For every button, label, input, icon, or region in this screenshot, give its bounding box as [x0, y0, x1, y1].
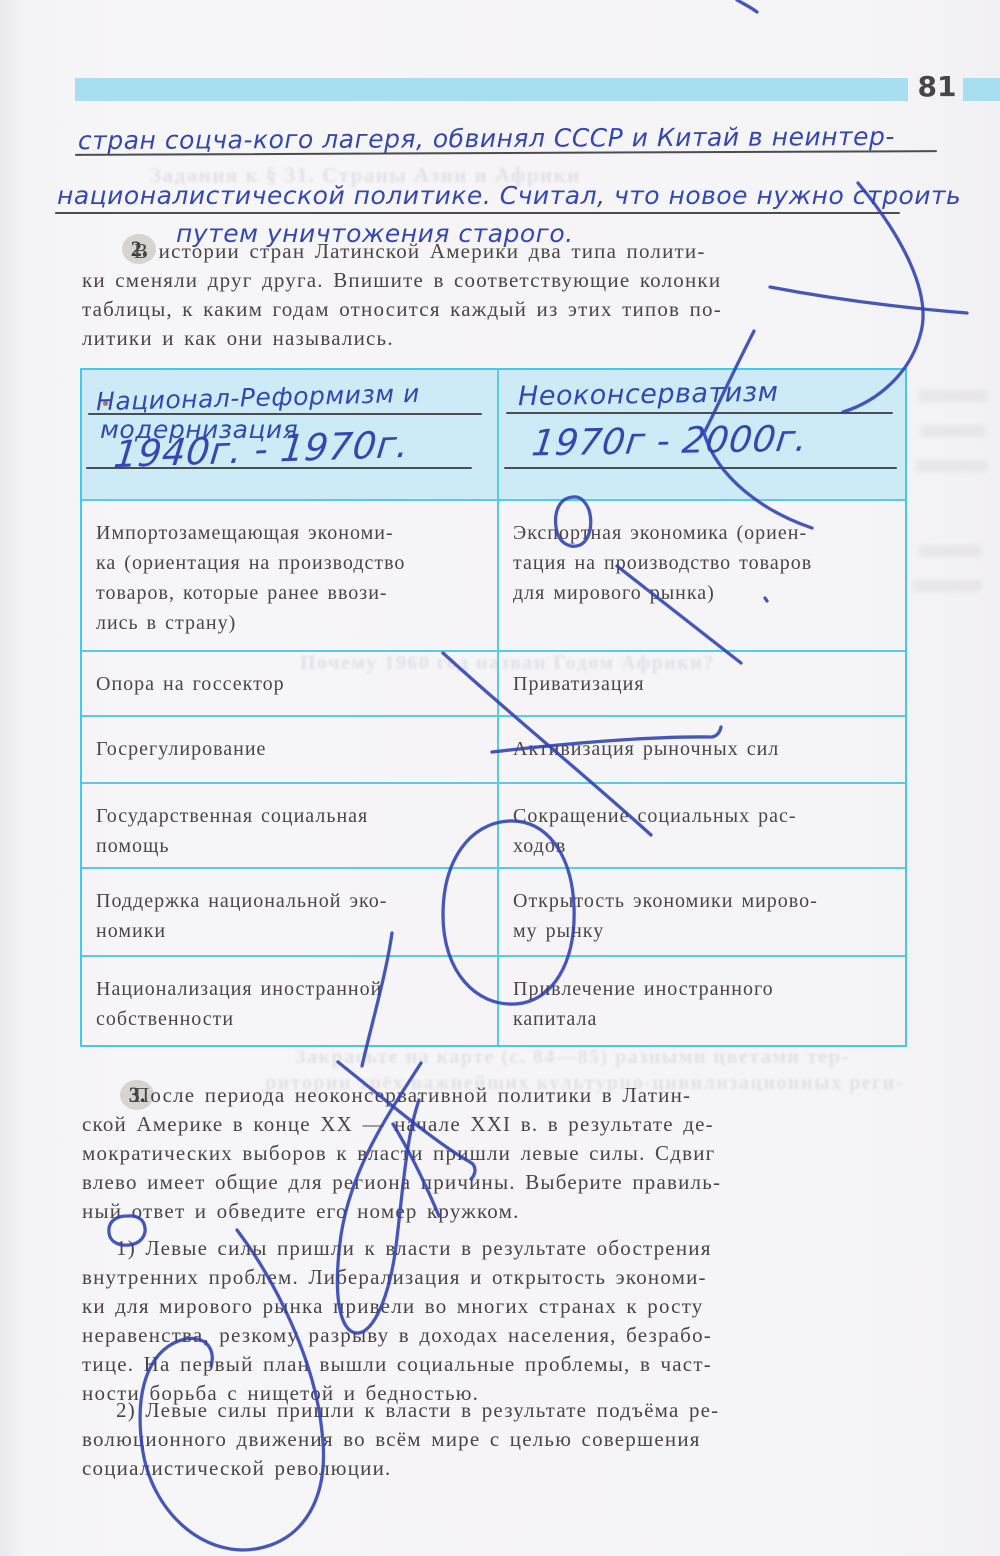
task3-option-2[interactable]: 2) Левые силы пришли к власти в результа… — [82, 1396, 908, 1483]
table-cell: Государственная социальная помощь — [82, 784, 499, 867]
header-corner-square — [963, 78, 1000, 101]
bleed-streak — [918, 545, 982, 557]
table-row: Опора на госсектор Приватизация — [82, 650, 905, 715]
table-cell: Привлечение иностранного капитала — [499, 957, 905, 1045]
table-row: Поддержка национальной эко- номики Откры… — [82, 867, 905, 955]
handwritten-years-right: 1970г - 2000г. — [529, 419, 809, 465]
bleed-through-text: Закрасьте на карте (с. 84—85) разными цв… — [295, 1046, 849, 1069]
task3-option-1[interactable]: 1) Левые силы пришли к власти в результа… — [82, 1234, 908, 1408]
workbook-page: Задания к § 31. Страны Азии и Африки Поч… — [0, 0, 1000, 1556]
table-row: Импортозамещающая экономи- ка (ориентаци… — [82, 499, 905, 650]
ruled-line — [506, 412, 893, 414]
ruled-line — [88, 413, 482, 415]
pen-stroke — [737, 0, 757, 12]
table-cell: Экспортная экономика (ориен- тация на пр… — [499, 501, 905, 650]
task3-text: После периода неоконсервативной политики… — [82, 1081, 908, 1226]
ruled-line — [504, 467, 897, 469]
ruled-line — [55, 212, 900, 214]
table-cell: Активизация рыночных сил — [499, 717, 905, 782]
table-cell: Приватизация — [499, 652, 905, 715]
ruled-line — [86, 467, 472, 469]
table-cell: Поддержка национальной эко- номики — [82, 869, 499, 955]
task2-text: В истории стран Латинской Америки два ти… — [82, 237, 908, 353]
table-row: Госрегулирование Активизация рыночных си… — [82, 715, 905, 782]
table-row: Государственная социальная помощь Сокращ… — [82, 782, 905, 867]
table-cell: Открытость экономики мирово- му рынку — [499, 869, 905, 955]
bleed-streak — [912, 580, 982, 592]
table-cell: Госрегулирование — [82, 717, 499, 782]
header-bar — [75, 78, 908, 101]
bleed-streak — [920, 425, 986, 437]
red-ink-dot — [103, 401, 108, 406]
table-cell: Национализация иностранной собственности — [82, 957, 499, 1045]
page-number: 81 — [913, 70, 961, 103]
table-cell: Опора на госсектор — [82, 652, 499, 715]
handwritten-table-title-right: Неоконсерватизм — [518, 377, 779, 413]
table-cell: Импортозамещающая экономи- ка (ориентаци… — [82, 501, 499, 650]
bleed-streak — [915, 460, 987, 472]
table-row: Национализация иностранной собственности… — [82, 955, 905, 1045]
table-cell: Сокращение социальных рас- ходов — [499, 784, 905, 867]
bleed-streak — [918, 390, 988, 402]
handwritten-line: националистической политике. Считал, что… — [57, 181, 961, 210]
